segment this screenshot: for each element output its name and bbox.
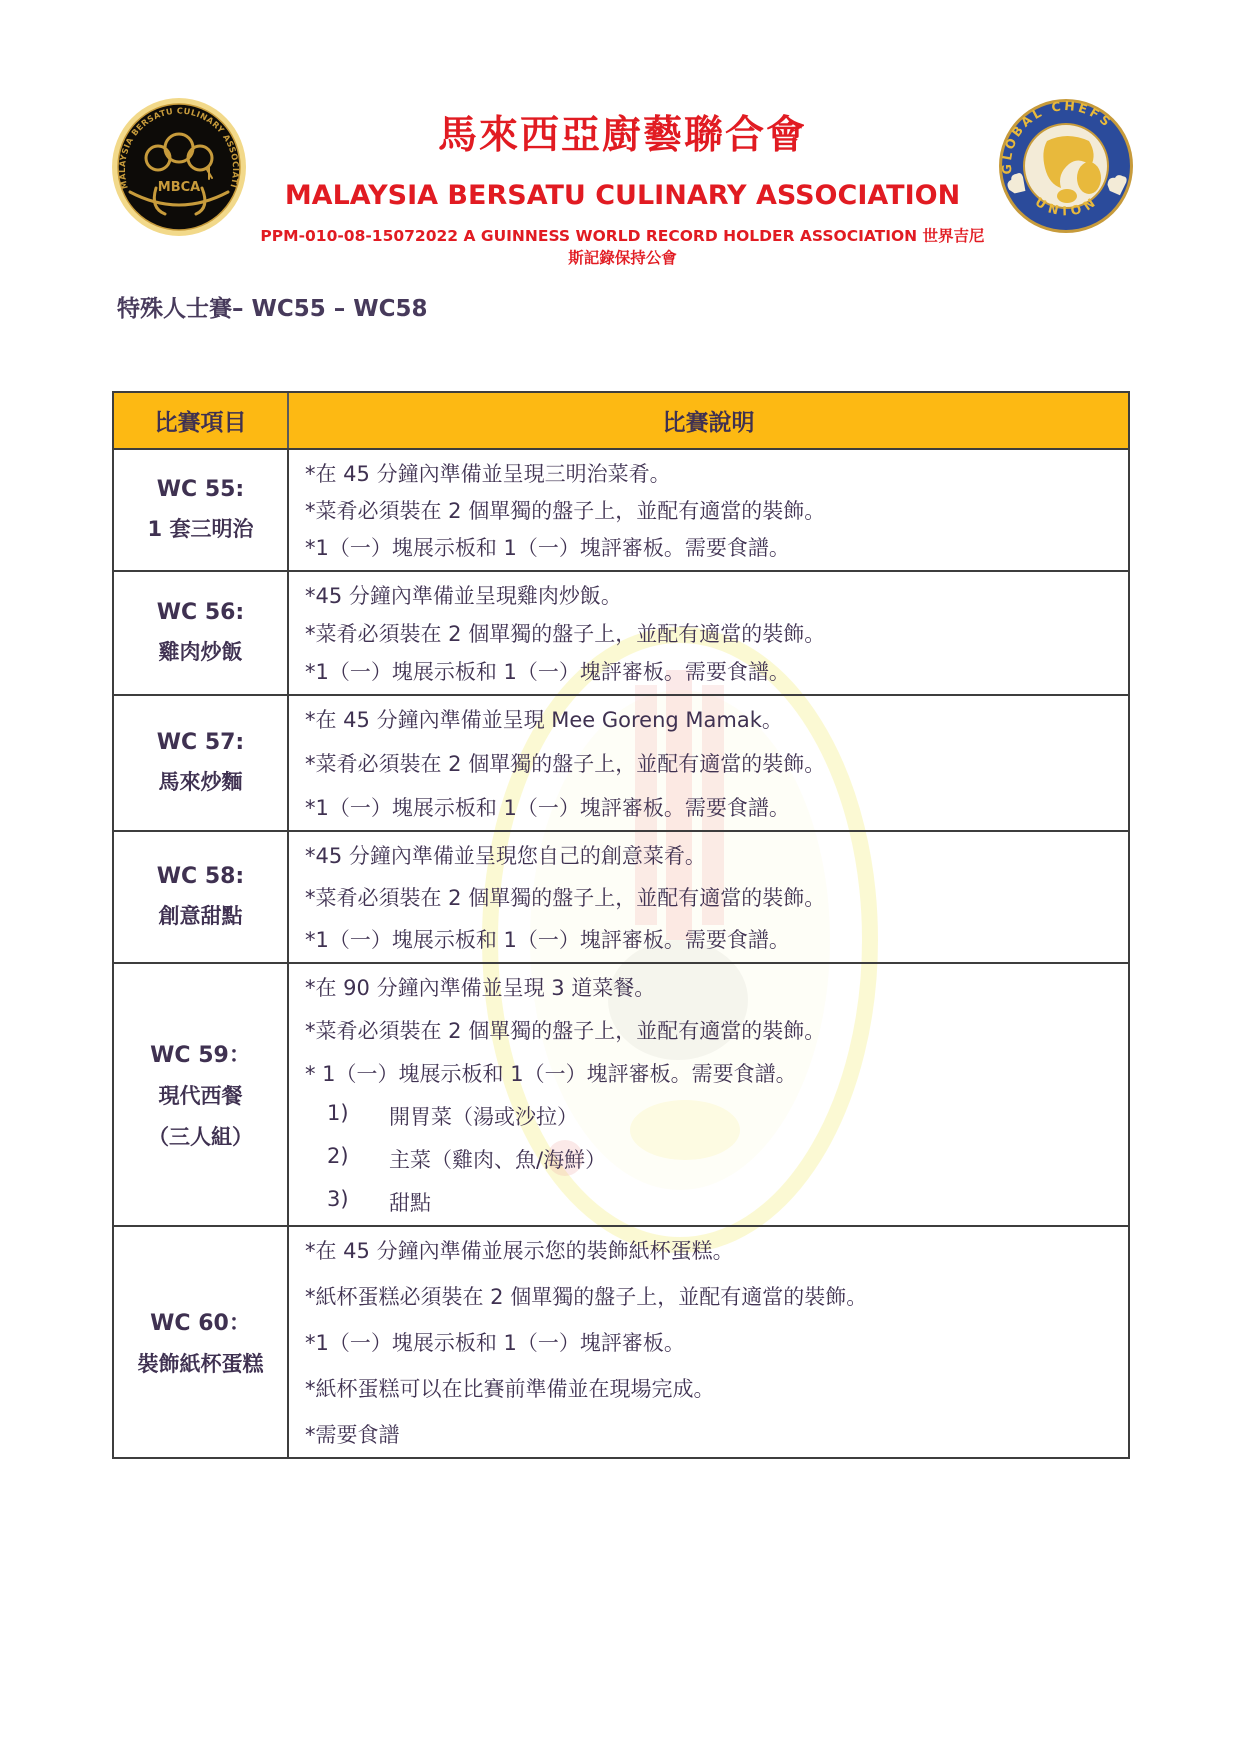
course-list-text: 主菜（雞肉、魚/海鮮） [389, 1144, 606, 1174]
description-line: *在 45 分鐘內準備並呈現三明治菜肴。 [305, 458, 1112, 488]
description-line: *在 45 分鐘內準備並呈現 Mee Goreng Mamak。 [305, 704, 1112, 734]
event-cell: WC 56:雞肉炒飯 [114, 572, 289, 694]
column-header-description: 比賽說明 [289, 393, 1128, 448]
association-subtitle: PPM-010-08-15072022 A GUINNESS WORLD REC… [258, 224, 987, 268]
mbca-logo: MALAYSIA BERSATU CULINARY ASSOCIATION MB… [110, 96, 248, 238]
description-line: *45 分鐘內準備並呈現您自己的創意菜肴。 [305, 840, 1112, 870]
event-cell: WC 60：裝飾紙杯蛋糕 [114, 1227, 289, 1457]
event-code: WC 60： [150, 1306, 251, 1337]
table-row: WC 56:雞肉炒飯*45 分鐘內準備並呈現雞肉炒飯。*菜肴必須裝在 2 個單獨… [114, 572, 1128, 696]
event-code: WC 59： [150, 1038, 251, 1069]
event-name: 1 套三明治 [148, 513, 254, 543]
association-title-en: MALAYSIA BERSATU CULINARY ASSOCIATION [258, 180, 987, 211]
table-row: WC 57:馬來炒麵*在 45 分鐘內準備並呈現 Mee Goreng Mama… [114, 696, 1128, 832]
event-code: WC 58: [157, 864, 244, 889]
association-title-zh: 馬來西亞廚藝聯合會 [258, 104, 987, 160]
event-name: 裝飾紙杯蛋糕 [138, 1348, 264, 1378]
event-cell: WC 59：現代西餐（三人組） [114, 964, 289, 1225]
description-cell: *在 45 分鐘內準備並呈現 Mee Goreng Mamak。*菜肴必須裝在 … [289, 696, 1128, 830]
event-name: 創意甜點 [159, 900, 243, 930]
course-list-item: 1)開胃菜（湯或沙拉） [305, 1101, 1112, 1131]
description-cell: *45 分鐘內準備並呈現您自己的創意菜肴。*菜肴必須裝在 2 個單獨的盤子上，並… [289, 832, 1128, 962]
course-list-text: 開胃菜（湯或沙拉） [389, 1101, 578, 1131]
course-list-number: 2) [327, 1144, 389, 1174]
column-header-event: 比賽項目 [114, 393, 289, 448]
course-list-item: 2)主菜（雞肉、魚/海鮮） [305, 1144, 1112, 1174]
event-cell: WC 55:1 套三明治 [114, 450, 289, 570]
event-name: 雞肉炒飯 [159, 636, 243, 666]
table-row: WC 60：裝飾紙杯蛋糕*在 45 分鐘內準備並展示您的裝飾紙杯蛋糕。*紙杯蛋糕… [114, 1227, 1128, 1457]
description-line: *1（一）塊展示板和 1（一）塊評審板。需要食譜。 [305, 924, 1112, 954]
description-line: *1（一）塊展示板和 1（一）塊評審板。需要食譜。 [305, 792, 1112, 822]
description-cell: *在 45 分鐘內準備並展示您的裝飾紙杯蛋糕。*紙杯蛋糕必須裝在 2 個單獨的盤… [289, 1227, 1128, 1457]
table-row: WC 55:1 套三明治*在 45 分鐘內準備並呈現三明治菜肴。*菜肴必須裝在 … [114, 450, 1128, 572]
table-row: WC 58:創意甜點*45 分鐘內準備並呈現您自己的創意菜肴。*菜肴必須裝在 2… [114, 832, 1128, 964]
event-cell: WC 58:創意甜點 [114, 832, 289, 962]
header-titles: 馬來西亞廚藝聯合會 MALAYSIA BERSATU CULINARY ASSO… [248, 96, 997, 268]
course-list-number: 3) [327, 1187, 389, 1217]
event-name: 馬來炒麵 [159, 766, 243, 796]
event-cell: WC 57:馬來炒麵 [114, 696, 289, 830]
description-line: *菜肴必須裝在 2 個單獨的盤子上，並配有適當的裝飾。 [305, 882, 1112, 912]
table-header-row: 比賽項目 比賽說明 [114, 393, 1128, 450]
course-list-number: 1) [327, 1101, 389, 1131]
course-list-item: 3)甜點 [305, 1187, 1112, 1217]
description-line: *菜肴必須裝在 2 個單獨的盤子上，並配有適當的裝飾。 [305, 495, 1112, 525]
page-header: MALAYSIA BERSATU CULINARY ASSOCIATION MB… [110, 96, 1135, 268]
description-line: * 1（一）塊展示板和 1（一）塊評審板。需要食譜。 [305, 1058, 1112, 1088]
global-chefs-union-logo: GLOBAL CHEFS UNION [997, 96, 1135, 238]
description-line: *45 分鐘內準備並呈現雞肉炒飯。 [305, 580, 1112, 610]
description-line: *1（一）塊展示板和 1（一）塊評審板。需要食譜。 [305, 656, 1112, 686]
description-line: *在 45 分鐘內準備並展示您的裝飾紙杯蛋糕。 [305, 1235, 1112, 1265]
section-title: 特殊人士賽– WC55 – WC58 [117, 290, 428, 323]
description-line: *1（一）塊展示板和 1（一）塊評審板。需要食譜。 [305, 532, 1112, 562]
description-line: *紙杯蛋糕必須裝在 2 個單獨的盤子上，並配有適當的裝飾。 [305, 1281, 1112, 1311]
document-page: MALAYSIA BERSATU CULINARY ASSOCIATION MB… [0, 0, 1241, 1755]
table-row: WC 59：現代西餐（三人組）*在 90 分鐘內準備並呈現 3 道菜餐。*菜肴必… [114, 964, 1128, 1227]
description-line: *紙杯蛋糕可以在比賽前準備並在現場完成。 [305, 1373, 1112, 1403]
table-body: WC 55:1 套三明治*在 45 分鐘內準備並呈現三明治菜肴。*菜肴必須裝在 … [114, 450, 1128, 1457]
description-line: *菜肴必須裝在 2 個單獨的盤子上，並配有適當的裝飾。 [305, 618, 1112, 648]
description-cell: *在 90 分鐘內準備並呈現 3 道菜餐。*菜肴必須裝在 2 個單獨的盤子上，並… [289, 964, 1128, 1225]
description-line: *菜肴必須裝在 2 個單獨的盤子上，並配有適當的裝飾。 [305, 748, 1112, 778]
description-line: *在 90 分鐘內準備並呈現 3 道菜餐。 [305, 972, 1112, 1002]
competition-table: 比賽項目 比賽說明 WC 55:1 套三明治*在 45 分鐘內準備並呈現三明治菜… [112, 391, 1130, 1459]
description-line: *菜肴必須裝在 2 個單獨的盤子上，並配有適當的裝飾。 [305, 1015, 1112, 1045]
event-name: （三人組） [148, 1121, 253, 1151]
description-cell: *45 分鐘內準備並呈現雞肉炒飯。*菜肴必須裝在 2 個單獨的盤子上，並配有適當… [289, 572, 1128, 694]
event-code: WC 55: [157, 477, 244, 502]
mbca-acronym: MBCA [158, 180, 200, 195]
description-line: *需要食譜 [305, 1419, 1112, 1449]
event-name: 現代西餐 [159, 1080, 243, 1110]
description-line: *1（一）塊展示板和 1（一）塊評審板。 [305, 1327, 1112, 1357]
description-cell: *在 45 分鐘內準備並呈現三明治菜肴。*菜肴必須裝在 2 個單獨的盤子上，並配… [289, 450, 1128, 570]
event-code: WC 57: [157, 730, 244, 755]
event-code: WC 56: [157, 600, 244, 625]
course-list-text: 甜點 [389, 1187, 431, 1217]
